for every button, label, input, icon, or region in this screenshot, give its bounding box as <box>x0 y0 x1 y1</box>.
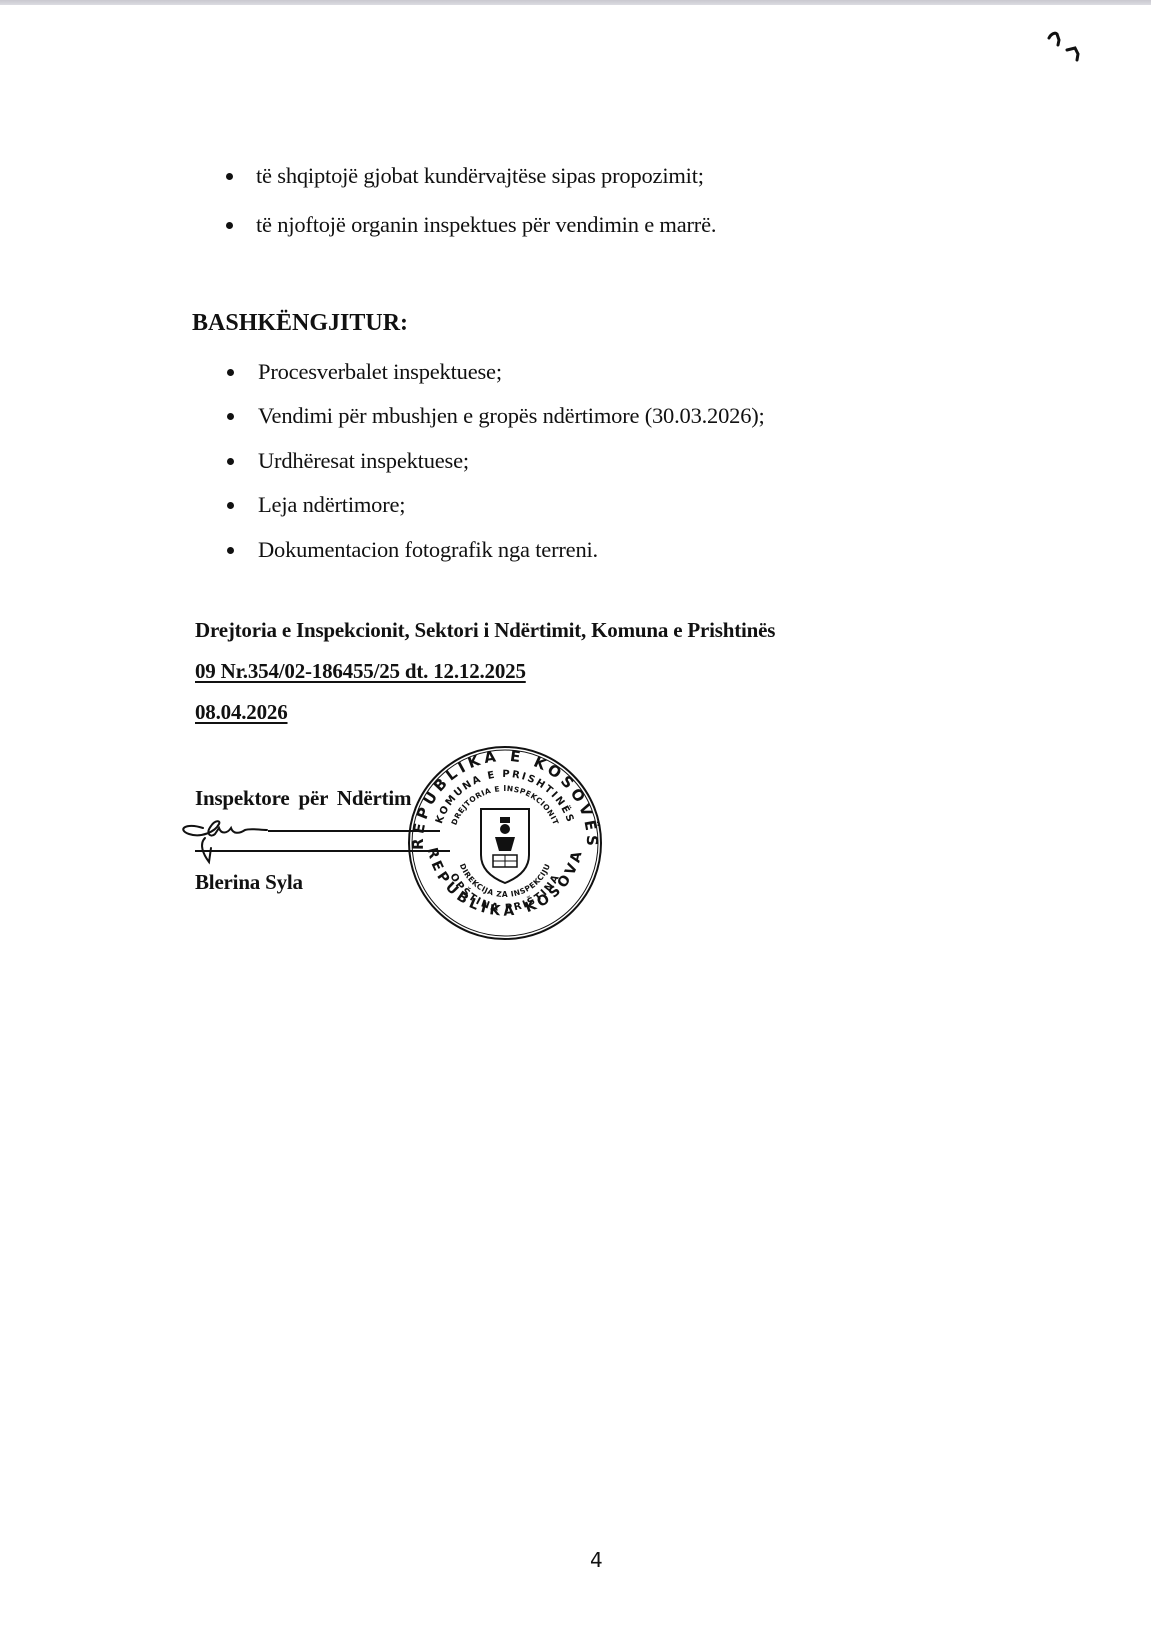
attachment-item: Vendimi për mbushjen e gropës ndërtimore… <box>258 405 765 428</box>
official-stamp-seal: REPUBLIKA E KOSOVËS REPUBLIKA KOSOVA KOM… <box>405 743 605 943</box>
issuer-office: Drejtoria e Inspekcionit, Sektori i Ndër… <box>195 620 775 641</box>
bullet-icon <box>227 413 234 420</box>
bullet-icon <box>226 222 233 229</box>
attachment-item: Procesverbalet inspektuese; <box>258 361 502 384</box>
bullet-icon <box>227 458 234 465</box>
bullet-icon <box>227 547 234 554</box>
signatory-title: Inspektore për Ndërtim <box>195 788 411 809</box>
decision-item: të shqiptojë gjobat kundërvajtëse sipas … <box>256 165 704 188</box>
bullet-icon <box>227 502 234 509</box>
attachment-item: Urdhëresat inspektuese; <box>258 450 469 473</box>
handwritten-initials-mark <box>1045 28 1095 68</box>
signatory-name: Blerina Syla <box>195 872 303 893</box>
bullet-icon <box>226 173 233 180</box>
attachment-item: Leja ndërtimore; <box>258 494 405 517</box>
attachments-heading: BASHKËNGJITUR: <box>192 311 408 335</box>
signature-scribble <box>175 812 295 868</box>
issuer-date: 08.04.2026 <box>195 702 288 723</box>
page-number: 4 <box>590 1550 603 1570</box>
bullet-icon <box>227 369 234 376</box>
issuer-reference: 09 Nr.354/02-186455/25 dt. 12.12.2025 <box>195 661 526 682</box>
document-page: të shqiptojë gjobat kundërvajtëse sipas … <box>0 0 1151 1629</box>
decision-item: të njoftojë organin inspektues për vendi… <box>256 214 716 237</box>
attachment-item: Dokumentacion fotografik nga terreni. <box>258 539 598 562</box>
